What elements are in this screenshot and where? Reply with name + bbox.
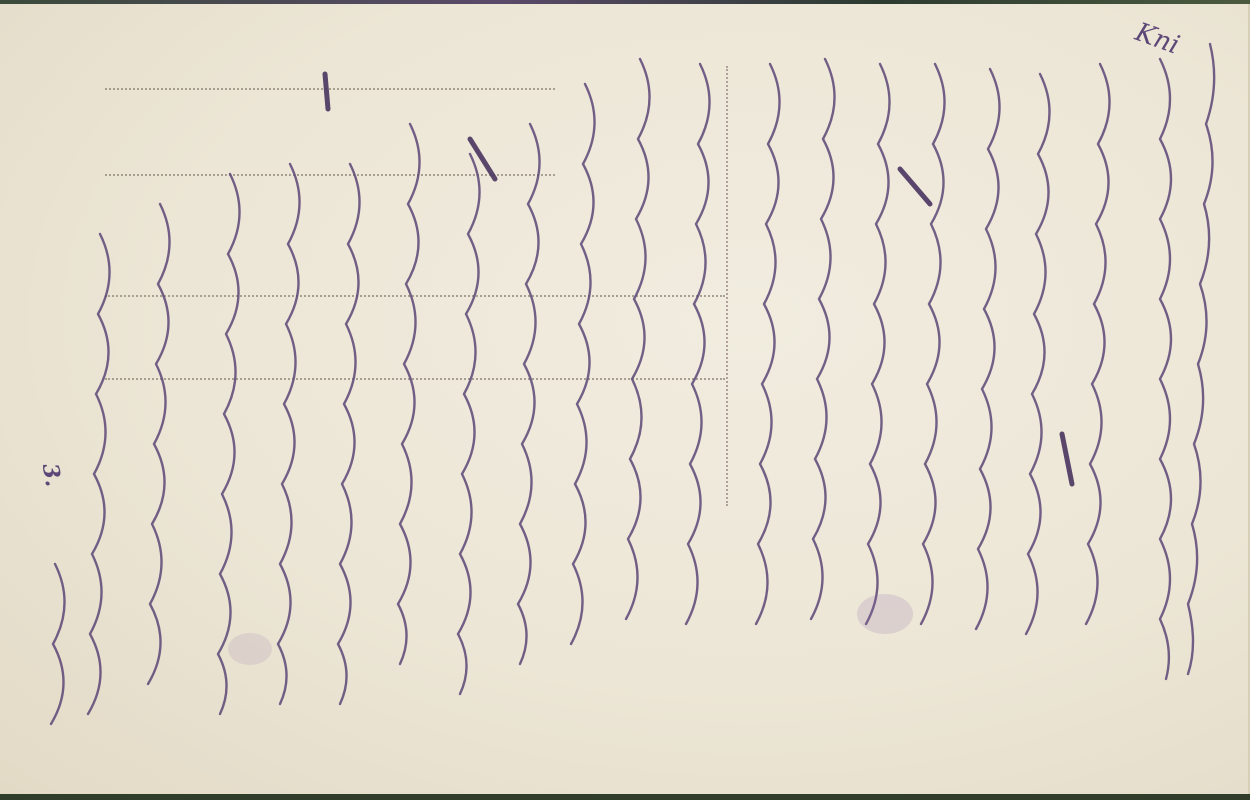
postcard: 3. Kni <box>0 4 1250 794</box>
handwriting <box>0 4 1248 794</box>
page-number-marker: 3. <box>37 461 67 488</box>
scan-bottom-edge <box>0 794 1250 800</box>
